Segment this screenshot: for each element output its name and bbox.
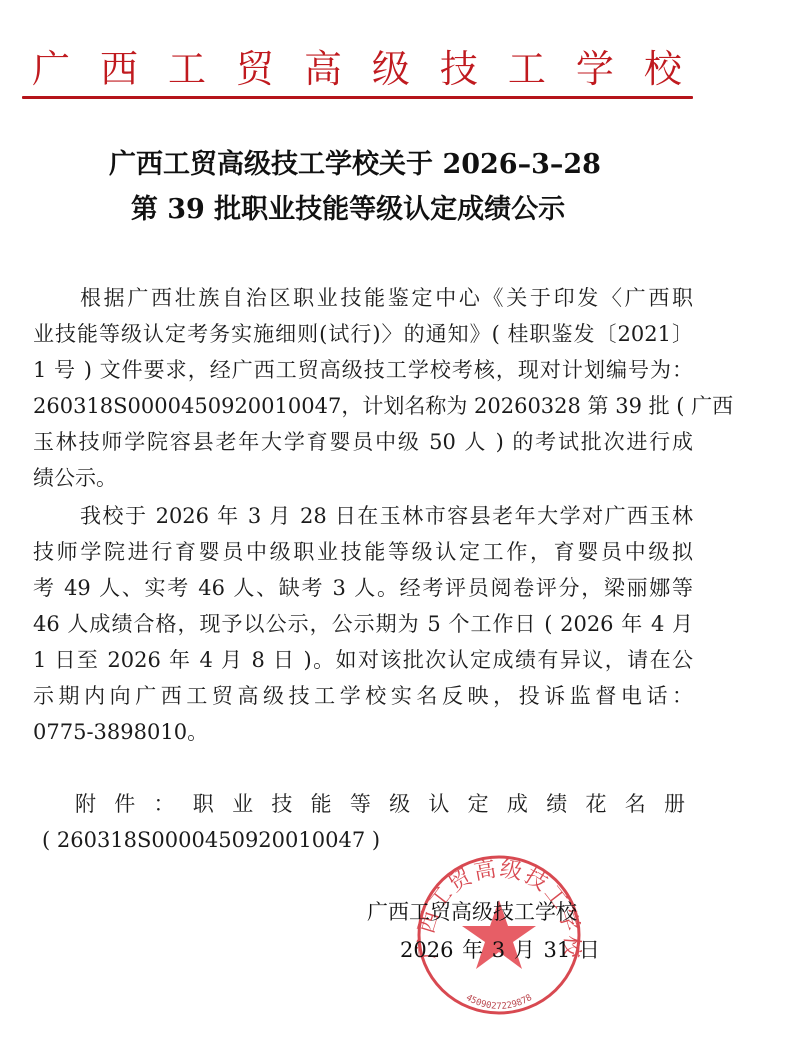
- signature-organization: 广西工贸高级技工学校: [367, 897, 577, 927]
- signature-date: 2026 年 3 月 31 日: [400, 935, 600, 965]
- paragraph-line: 1 日至 2026 年 4 月 8 日 )。如对该批次认定成绩有异议，请在公: [33, 642, 693, 678]
- paragraph-line: 绩公示。: [33, 460, 693, 496]
- document-title-line-1: 广西工贸高级技工学校关于 2026–3–28: [0, 145, 715, 185]
- letterhead-school-name: 广 西 工 贸 高 级 技 工 学 校: [22, 40, 694, 90]
- attachment-label: 附 件 ： 职 业 技 能 等 级 认 定 成 绩 花 名 册: [75, 786, 685, 822]
- letterhead-char: 级: [372, 38, 410, 93]
- paragraph-line: 46 人成绩合格，现予以公示，公示期为 5 个工作日 ( 2026 年 4 月: [33, 606, 693, 642]
- paragraph-line: 示期内向广西工贸高级技工学校实名反映，投诉监督电话：: [33, 678, 693, 714]
- paragraph-line: 我校于 2026 年 3 月 28 日在玉林市容县老年大学对广西玉林: [80, 498, 693, 534]
- letterhead-divider: [22, 96, 693, 99]
- letterhead-char: 工: [508, 38, 546, 93]
- paragraph-line: 1 号 ) 文件要求，经广西工贸高级技工学校考核，现对计划编号为：: [33, 352, 693, 388]
- letterhead-char: 贸: [236, 38, 274, 93]
- letterhead-char: 校: [644, 38, 682, 93]
- letterhead-char: 高: [304, 38, 342, 93]
- letterhead-char: 西: [100, 38, 138, 93]
- letterhead-char: 学: [576, 38, 614, 93]
- paragraph-line: 0775-3898010。: [33, 714, 693, 750]
- letterhead-char: 工: [168, 38, 206, 93]
- paragraph-line: 考 49 人、实考 46 人、缺考 3 人。经考评员阅卷评分，梁丽娜等: [33, 570, 693, 606]
- paragraph-line: 业技能等级认定考务实施细则(试行)〉的通知》( 桂职鉴发〔2021〕: [33, 316, 693, 352]
- paragraph-line: 根据广西壮族自治区职业技能鉴定中心《关于印发〈广西职: [80, 280, 693, 316]
- paragraph-line: 技师学院进行育婴员中级职业技能等级认定工作，育婴员中级拟: [33, 534, 693, 570]
- paragraph-line: 玉林技师学院容县老年大学育婴员中级 50 人 ) 的考试批次进行成: [33, 424, 693, 460]
- letterhead-char: 技: [440, 38, 478, 93]
- letterhead-char: 广: [32, 38, 70, 93]
- document-title-line-2: 第 39 批职业技能等级认定成绩公示: [0, 190, 708, 230]
- paragraph-line: 260318S0000450920010047，计划名称为 20260328 第…: [33, 388, 693, 424]
- attachment-plan-number: ( 260318S0000450920010047 ): [42, 822, 702, 858]
